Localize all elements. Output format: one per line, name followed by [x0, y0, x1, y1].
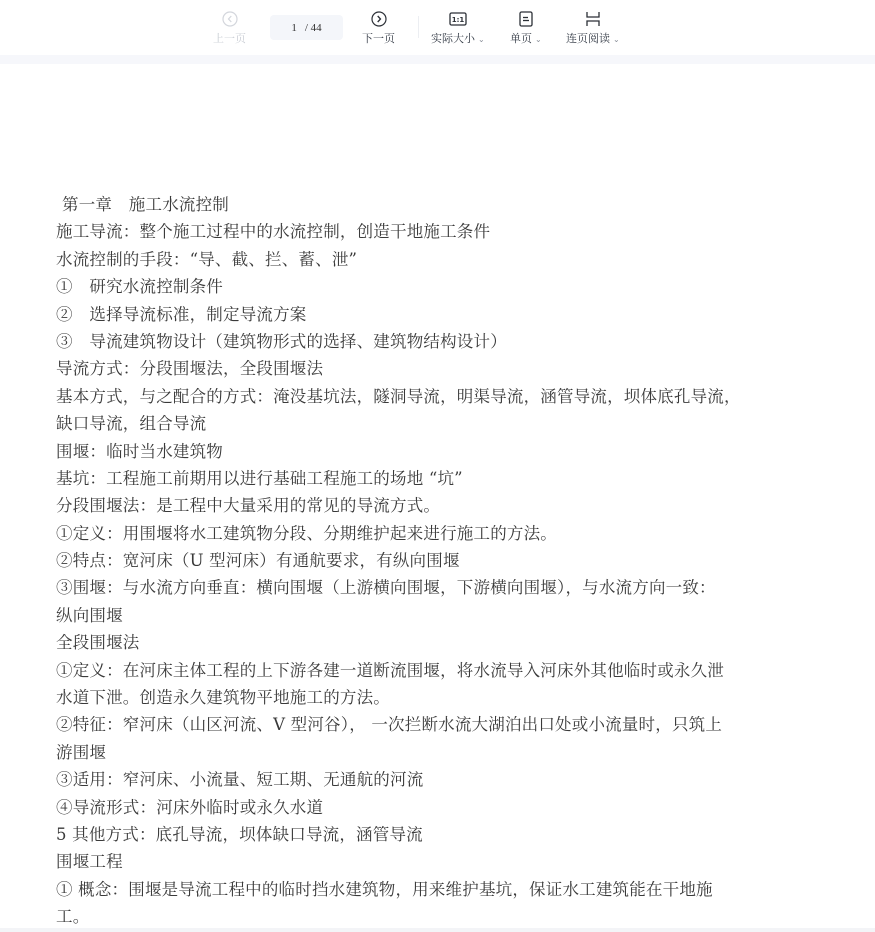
actual-size-icon: 1:1 [449, 10, 467, 28]
text-line: 基坑：工程施工前期用以进行基础工程施工的场地 “坑” [56, 465, 796, 492]
prev-page-label: 上一页 [213, 30, 246, 46]
text-line: 全段围堰法 [56, 629, 796, 656]
text-line: ④导流形式：河床外临时或永久水道 [56, 794, 796, 821]
scroll-label-wrap: 连页阅读⌄ [566, 30, 620, 46]
text-line: 缺口导流，组合导流 [56, 410, 796, 437]
text-line: 水流控制的手段：“导、截、拦、蓄、泄” [56, 246, 796, 273]
pdf-toolbar: 上一页 1 / 44 下一页 1:1 实际大小⌄ 单页⌄ 连页阅读⌄ [0, 0, 875, 55]
layout-label: 单页 [510, 32, 532, 45]
text-line: ③围堰：与水流方向垂直：横向围堰（上游横向围堰，下游横向围堰），与水流方向一致： [56, 574, 796, 601]
text-line: 基本方式，与之配合的方式：淹没基坑法，隧洞导流，明渠导流，涵管导流，坝体底孔导流… [56, 383, 796, 410]
page-layout-dropdown[interactable]: 单页⌄ [510, 10, 542, 46]
text-line: 施工导流：整个施工过程中的水流控制，创造干地施工条件 [56, 218, 796, 245]
document-text: 第一章 施工水流控制 施工导流：整个施工过程中的水流控制，创造干地施工条件 水流… [56, 191, 796, 931]
text-line: ①定义：在河床主体工程的上下游各建一道断流围堰，将水流导入河床外其他临时或永久泄 [56, 657, 796, 684]
zoom-label: 实际大小 [431, 32, 475, 45]
scroll-mode-dropdown[interactable]: 连页阅读⌄ [566, 10, 620, 46]
layout-label-wrap: 单页⌄ [510, 30, 542, 46]
text-line: ① 研究水流控制条件 [56, 273, 796, 300]
prev-page-button[interactable]: 上一页 [213, 10, 246, 46]
text-line: 围堰工程 [56, 848, 796, 875]
toolbar-separator [0, 55, 875, 64]
total-pages: / 44 [305, 22, 322, 34]
current-page: 1 [291, 22, 297, 34]
page-number-input[interactable]: 1 / 44 [270, 15, 343, 40]
chapter-title: 第一章 施工水流控制 [56, 191, 796, 218]
text-line: 分段围堰法：是工程中大量采用的常见的导流方式。 [56, 492, 796, 519]
text-line: ①定义：用围堰将水工建筑物分段、分期维护起来进行施工的方法。 [56, 520, 796, 547]
text-line: ② 选择导流标准，制定导流方案 [56, 301, 796, 328]
zoom-dropdown[interactable]: 1:1 实际大小⌄ [431, 10, 485, 46]
scroll-label: 连页阅读 [566, 32, 610, 45]
chevron-down-icon: ⌄ [478, 35, 485, 44]
next-page-button[interactable]: 下一页 [362, 10, 395, 46]
toolbar-divider [418, 16, 419, 38]
single-page-icon [519, 10, 533, 28]
text-line: ① 概念：围堰是导流工程中的临时挡水建筑物，用来维护基坑，保证水工建筑能在干地施 [56, 876, 796, 903]
text-line: 水道下泄。创造永久建筑物平地施工的方法。 [56, 684, 796, 711]
zoom-label-wrap: 实际大小⌄ [431, 30, 485, 46]
chevron-down-icon: ⌄ [613, 35, 620, 44]
text-line: 纵向围堰 [56, 602, 796, 629]
page-gap [0, 928, 875, 932]
text-line: 游围堰 [56, 739, 796, 766]
text-line: ②特点：宽河床（U 型河床）有通航要求，有纵向围堰 [56, 547, 796, 574]
text-line: 导流方式：分段围堰法，全段围堰法 [56, 355, 796, 382]
svg-text:1:1: 1:1 [452, 16, 465, 24]
chevron-down-icon: ⌄ [535, 35, 542, 44]
text-line: 围堰：临时当水建筑物 [56, 438, 796, 465]
text-line: 5 其他方式：底孔导流，坝体缺口导流，涵管导流 [56, 821, 796, 848]
text-line: ③适用：窄河床、小流量、短工期、无通航的河流 [56, 766, 796, 793]
continuous-scroll-icon [585, 10, 601, 28]
text-line: 工。 [56, 903, 796, 930]
text-line: ③ 导流建筑物设计（建筑物形式的选择、建筑物结构设计） [56, 328, 796, 355]
text-line: ②特征：窄河床（山区河流、V 型河谷）， 一次拦断水流大湖泊出口处或小流量时，只… [56, 711, 796, 738]
chevron-left-circle-icon [222, 10, 238, 28]
next-page-label: 下一页 [362, 30, 395, 46]
chevron-right-circle-icon [371, 10, 387, 28]
